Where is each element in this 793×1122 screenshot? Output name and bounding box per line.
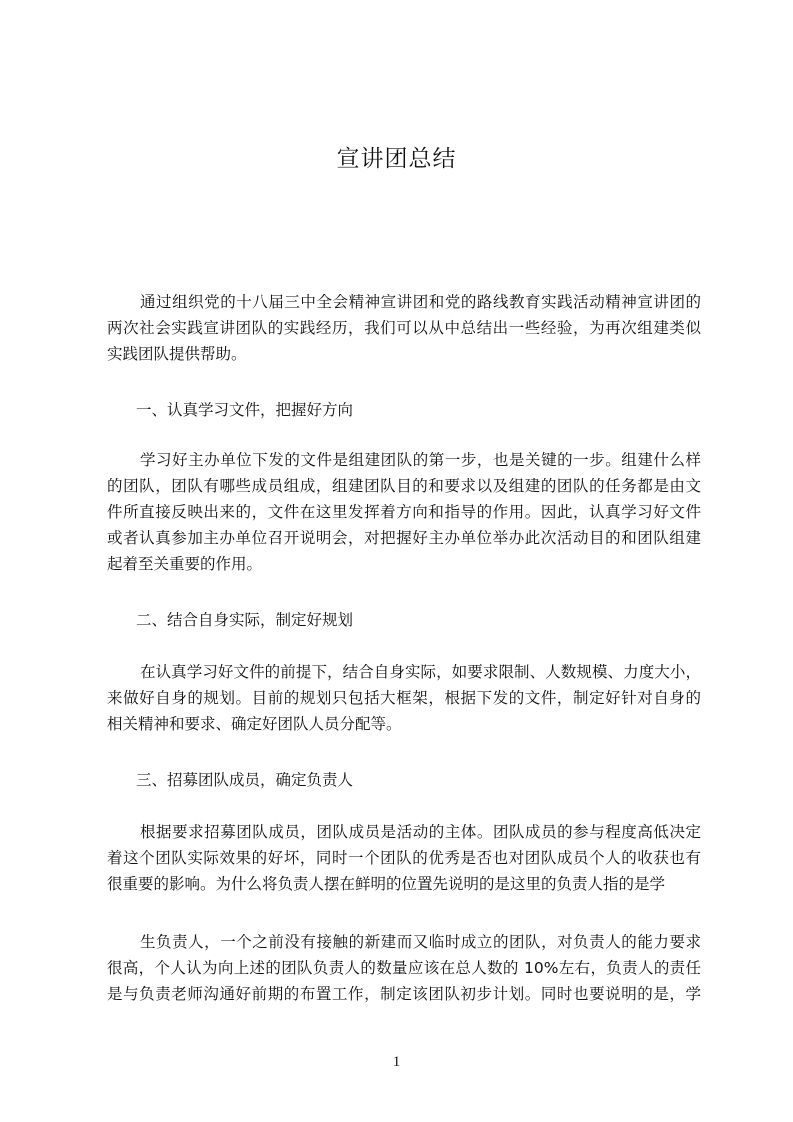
section-2-line-1: 在认真学习好文件的前提下，结合自身实际，如要求限制、人数规模、力度大小， [140, 662, 701, 682]
section-1-line-4: 或者认真参加主办单位召开说明会，对把握好主办单位举办此次活动目的和团队组建 [107, 528, 701, 548]
intro-line-2: 两次社会实践宣讲团队的实践经历，我们可以从中总结出一些经验，为再次组建类似 [107, 318, 701, 338]
section-2-line-3: 相关精神和要求、确定好团队人员分配等。 [107, 714, 701, 734]
section-1-line-2: 的团队，团队有哪些成员组成，组建团队目的和要求以及组建的团队的任务都是由文 [107, 476, 701, 496]
section-1-line-3: 件所直接反映出来的，文件在这里发挥着方向和指导的作用。因此，认真学习好文件 [107, 502, 701, 522]
section-2-heading: 二、结合自身实际，制定好规划 [136, 610, 353, 630]
section-1-line-1: 学习好主办单位下发的文件是组建团队的第一步，也是关键的一步。组建什么样 [140, 450, 701, 470]
section-3-cont-line-1: 生负责人，一个之前没有接触的新建而又临时成立的团队，对负责人的能力要求 [140, 932, 701, 952]
section-1-heading: 一、认真学习文件，把握好方向 [136, 400, 353, 420]
section-3-line-2: 着这个团队实际效果的好坏，同时一个团队的优秀是否也对团队成员个人的收获也有 [107, 848, 701, 868]
section-3-heading: 三、招募团队成员，确定负责人 [136, 770, 353, 790]
section-3-cont-line-3: 是与负责老师沟通好前期的布置工作，制定该团队初步计划。同时也要说明的是，学 [107, 984, 701, 1004]
page-number: 1 [0, 1054, 793, 1071]
section-1-line-5: 起着至关重要的作用。 [107, 554, 701, 574]
intro-line-3: 实践团队提供帮助。 [107, 344, 701, 364]
section-2-line-2: 来做好自身的规划。目前的规划只包括大框架，根据下发的文件，制定好针对自身的 [107, 688, 701, 708]
document-title: 宣讲团总结 [0, 140, 793, 173]
section-3-line-3: 很重要的影响。为什么将负责人摆在鲜明的位置先说明的是这里的负责人指的是学 [107, 874, 701, 894]
document-page: 宣讲团总结 通过组织党的十八届三中全会精神宣讲团和党的路线教育实践活动精神宣讲团… [0, 0, 793, 1122]
intro-line-1: 通过组织党的十八届三中全会精神宣讲团和党的路线教育实践活动精神宣讲团的 [140, 292, 701, 312]
section-3-line-1: 根据要求招募团队成员，团队成员是活动的主体。团队成员的参与程度高低决定 [140, 822, 701, 842]
section-3-cont-line-2: 很高，个人认为向上述的团队负责人的数量应该在总人数的 10%左右，负责人的责任 [107, 958, 701, 978]
